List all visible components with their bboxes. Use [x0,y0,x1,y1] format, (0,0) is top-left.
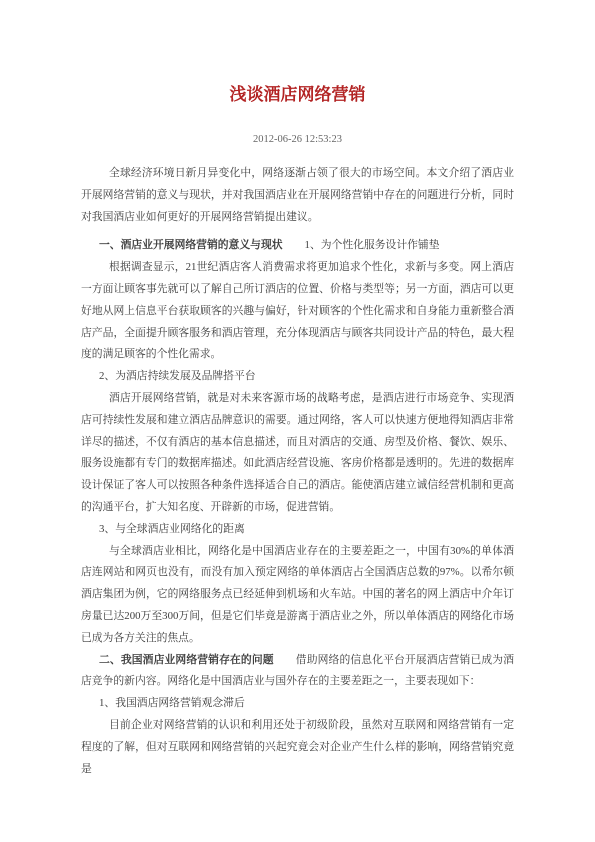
section1-sub2-paragraph: 酒店开展网络营销，就是对未来客源市场的战略考虑，是酒店进行市场竞争、实现酒店可持… [81,388,514,519]
section2-sub1-heading: 1、我国酒店网络营销观念滞后 [81,693,514,715]
section2-heading-line: 二、我国酒店业网络营销存在的问题借助网络的信息化平台开展酒店营销已成为酒店竞争的… [81,650,514,694]
document-body: 全球经济环境日新月异变化中，网络逐渐占领了很大的市场空间。本文介绍了酒店业开展网… [81,163,514,780]
document-page: 浅谈酒店网络营销 2012-06-26 12:53:23 全球经济环境日新月异变… [0,0,595,842]
section1-sub2-heading: 2、为酒店持续发展及品牌搭平台 [81,366,514,388]
intro-paragraph: 全球经济环境日新月异变化中，网络逐渐占领了很大的市场空间。本文介绍了酒店业开展网… [81,163,514,228]
section1-sub3-heading: 3、与全球酒店业网络化的距离 [81,519,514,541]
section1-sub1-inline-heading: 1、为个性化服务设计作铺垫 [305,239,440,251]
section2-heading: 二、我国酒店业网络营销存在的问题 [99,654,274,666]
publish-timestamp: 2012-06-26 12:53:23 [0,133,595,147]
section2-sub1-paragraph: 目前企业对网络营销的认识和利用还处于初级阶段，虽然对互联网和网络营销有一定程度的… [81,715,514,780]
section1-heading: 一、酒店业开展网络营销的意义与现状 [99,239,283,251]
section1-sub3-paragraph: 与全球酒店业相比，网络化是中国酒店业存在的主要差距之一，中国有30%的单体酒店连… [81,541,514,650]
section1-sub1-paragraph: 根据调查显示，21世纪酒店客人消费需求将更加追求个性化，求新与多变。网上酒店一方… [81,257,514,366]
section1-heading-line: 一、酒店业开展网络营销的意义与现状1、为个性化服务设计作铺垫 [81,235,514,257]
document-title: 浅谈酒店网络营销 [81,85,514,105]
